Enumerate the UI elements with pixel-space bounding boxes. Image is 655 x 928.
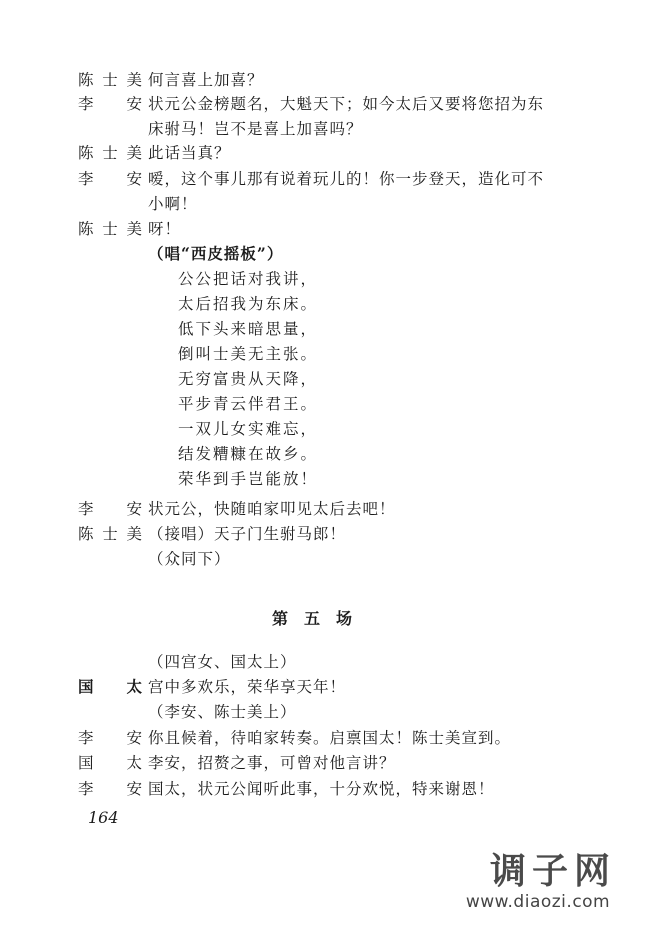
scene-heading-char: 第 [272,606,288,629]
dialogue-text: 何言喜上加喜？ [148,68,264,92]
dialogue-text: 床驸马！岂不是喜上加喜吗？ [148,117,363,141]
dialogue-text: 国太，状元公闻听此事，十分欢悦，特来谢恩！ [148,777,495,801]
speaker-name: 李安 [78,726,142,750]
watermark: 调子网 www.diaozi.com [490,852,616,912]
dialogue-text: 状元公，快随咱家叩见太后去吧！ [148,497,396,521]
speaker-name: 李安 [78,167,142,191]
sing-direction: （唱“西皮摇板”） [148,242,283,266]
verse-text: 低下头来暗思量， [178,317,318,341]
watermark-url: www.diaozi.com [460,892,616,912]
scene-heading-char: 五 [304,606,320,629]
speaker-name: 李安 [78,497,142,521]
verse-text: 平步青云伴君王。 [178,392,318,416]
scene-heading-char: 场 [336,606,352,629]
dialogue-text: 李安，招赘之事，可曾对他言讲？ [148,751,396,775]
dialogue-text: 状元公金榜题名，大魁天下；如今太后又要将您招为东 [148,92,544,116]
dialogue-text: 呀！ [148,217,181,241]
speaker-name: 国太 [78,675,142,699]
speaker-name: 陈士美 [78,141,142,165]
watermark-logo-text: 调子网 [490,852,616,892]
speaker-name: 陈士美 [78,217,142,241]
verse-text: 结发糟糠在故乡。 [178,442,318,466]
verse-text: 倒叫士美无主张。 [178,342,318,366]
speaker-name: 陈士美 [78,68,142,92]
dialogue-text: 小啊！ [148,192,198,216]
dialogue-text: 嗳，这个事儿那有说着玩儿的！你一步登天，造化可不 [148,167,544,191]
speaker-name: 李安 [78,92,142,116]
dialogue-text: 此话当真？ [148,141,231,165]
verse-text: 公公把话对我讲， [178,267,318,291]
dialogue-text: 你且候着，待咱家转奏。启禀国太！陈士美宣到。 [148,726,511,750]
verse-text: 无穷富贵从天降， [178,367,318,391]
page-number: 164 [88,808,119,827]
dialogue-text: （众同下） [148,547,231,571]
speaker-name: 李安 [78,777,142,801]
verse-text: 荣华到手岂能放！ [178,467,318,491]
verse-text: 太后招我为东床。 [178,292,318,316]
dialogue-text: 宫中多欢乐，荣华享天年！ [148,675,346,699]
speaker-name: 国太 [78,751,142,775]
dialogue-text: （李安、陈士美上） [148,700,297,724]
verse-text: 一双儿女实难忘， [178,417,318,441]
dialogue-text: （四宫女、国太上） [148,650,297,674]
dialogue-text: （接唱）天子门生驸马郎！ [148,522,346,546]
speaker-name: 陈士美 [78,522,142,546]
